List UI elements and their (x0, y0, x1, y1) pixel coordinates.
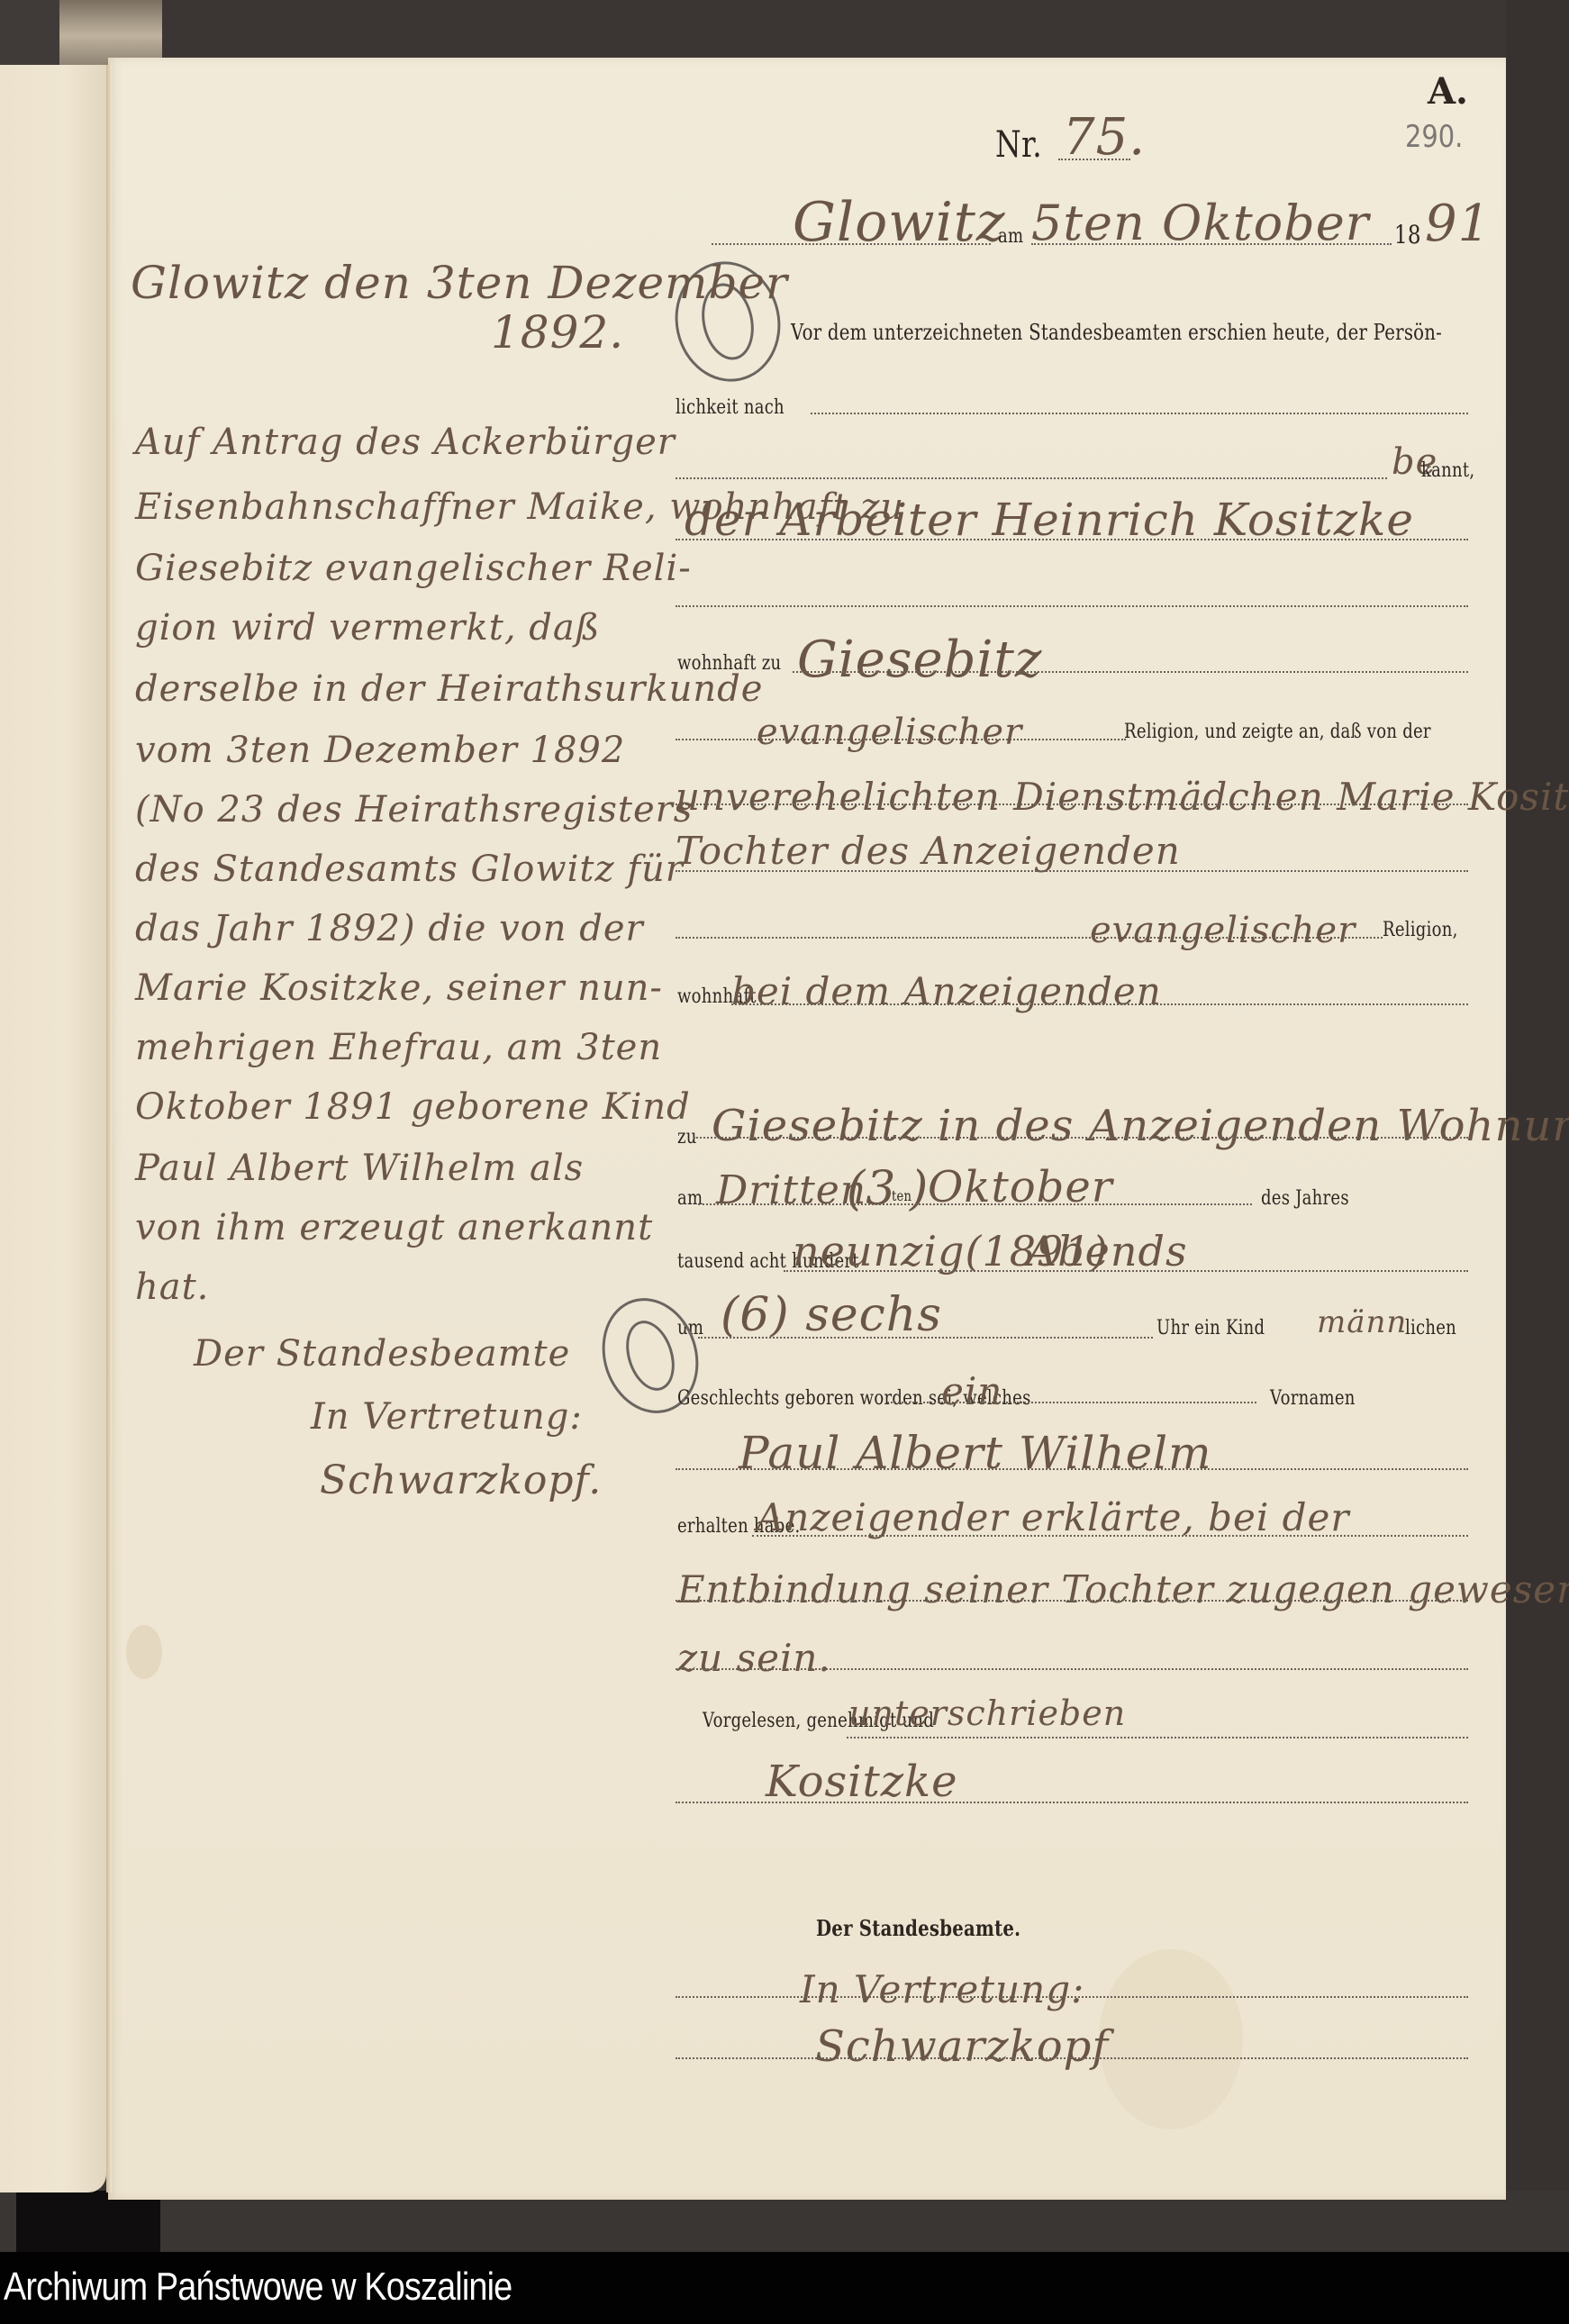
mother-religion: evangelischer (1090, 910, 1356, 951)
birth-time-of-day: Abends (1027, 1227, 1188, 1275)
birth-day-suffix: ten (892, 1187, 911, 1204)
margin-note-line: des Standesamts Glowitz für (135, 849, 684, 890)
approval-text: unterschrieben (848, 1693, 1126, 1733)
informant-signature: Kositzke (766, 1757, 958, 1807)
margin-note-line: Oktober 1891 geborene Kind (135, 1086, 691, 1128)
dotted-line (698, 1337, 1153, 1339)
given-names-pronoun: ein (941, 1369, 1002, 1413)
remark-line-3: zu sein. (677, 1636, 831, 1680)
birth-day-word: Dritten (716, 1167, 866, 1213)
birth-hour: (6) sechs (721, 1288, 942, 1342)
facing-page-edge (0, 65, 106, 2192)
dotted-line (731, 1003, 1468, 1005)
registrar-deputy: In Vertretung: (800, 1967, 1084, 2011)
margin-note-year: 1892. (491, 306, 624, 359)
margin-note-line: mehrigen Ehefrau, am 3ten (135, 1027, 662, 1068)
intro-text: Vor dem unterzeichneten Standesbeamten e… (791, 320, 1442, 345)
given-names-label: Vornamen (1270, 1387, 1356, 1410)
dotted-line (676, 605, 1468, 607)
identity-label: lichkeit nach (676, 396, 784, 419)
birth-place: Giesebitz in des Anzeigenden Wohnung (712, 1101, 1569, 1151)
child-given-names: Paul Albert Wilhelm (739, 1427, 1212, 1479)
dotted-line (676, 539, 1468, 540)
form-letter: A. (1428, 70, 1468, 113)
margin-note-line: von ihm erzeugt anerkannt (135, 1207, 653, 1248)
dotted-line (811, 413, 1468, 414)
date-label: am (677, 1187, 703, 1210)
record-number-label: Nr. (995, 124, 1042, 166)
remark-line-2: Entbindung seiner Tochter zugegen gewese… (677, 1567, 1569, 1611)
margin-note-line: gion wird vermerkt, daß (135, 607, 600, 649)
identity-end: kannt, (1421, 459, 1474, 482)
margin-signature-deputy: In Vertretung: (311, 1396, 583, 1438)
remark-line-1: Anzeigender erklärte, bei der (757, 1495, 1349, 1539)
birth-day-number: (3 (847, 1162, 896, 1216)
informant-residence: Giesebitz (797, 631, 1042, 689)
child-gender: männ (1317, 1304, 1407, 1340)
book-spine-binding (59, 0, 162, 65)
scan-background-top (0, 0, 1569, 65)
gender-suffix: lichen (1405, 1317, 1456, 1339)
birth-day-close: ) (910, 1162, 929, 1216)
dotted-line (676, 803, 1468, 805)
archive-name: Archiwum Państwowe w Koszalinie (4, 2265, 512, 2310)
scan-background-bottom-dark (16, 2191, 160, 2252)
dotted-line (676, 2057, 1468, 2059)
scan-background-bottom (0, 2191, 1569, 2252)
dotted-line (1058, 159, 1130, 160)
dotted-line (784, 1270, 1468, 1272)
margin-note-line: Paul Albert Wilhelm als (135, 1148, 584, 1189)
margin-note-line: (No 23 des Heirathsregisters (135, 789, 693, 831)
paper-stain (126, 1625, 162, 1679)
scan-background-corner (0, 0, 59, 65)
dotted-line (676, 1668, 1468, 1670)
archive-stamp-inner-ring (618, 1314, 683, 1397)
year-suffix: 91 (1425, 195, 1491, 253)
registrar-signature: Schwarzkopf (815, 2021, 1109, 2072)
dotted-line (698, 1203, 1252, 1205)
informant-religion: evangelischer (757, 712, 1022, 753)
margin-note-line: Eisenbahnschaffner Maike, wohnhaft zu (135, 486, 904, 528)
dotted-line (712, 243, 991, 245)
dotted-line (847, 1737, 1468, 1738)
dotted-line (793, 671, 1468, 673)
hour-label: Uhr ein Kind (1156, 1317, 1265, 1339)
page-gutter (106, 65, 112, 2192)
dotted-line (676, 477, 1387, 479)
dotted-line (694, 1137, 1468, 1139)
year-label: des Jahres (1261, 1187, 1349, 1210)
margin-note-line: Auf Antrag des Ackerbürger (135, 422, 676, 463)
margin-note-line: vom 3ten Dezember 1892 (135, 730, 625, 771)
margin-signature-title: Der Standesbeamte (194, 1333, 570, 1375)
scan-background-right (1506, 0, 1569, 2198)
margin-note-line: hat. (135, 1266, 209, 1308)
mother-relation: Tochter des Anzeigenden (676, 829, 1181, 873)
margin-note-line: Marie Kositzke, seiner nun- (135, 967, 663, 1009)
dotted-line (1031, 243, 1392, 245)
dotted-line (676, 1996, 1468, 1998)
page-number: 290. (1405, 119, 1463, 155)
religion-label: Religion, (1383, 919, 1458, 941)
dotted-line (676, 1468, 1468, 1470)
mother-name: unverehelichten Dienstmädchen Marie Kosi… (676, 775, 1569, 819)
registrar-title: Der Standesbeamte. (816, 1915, 1020, 1941)
dotted-line (676, 870, 1468, 872)
dotted-line (676, 1802, 1468, 1803)
dotted-line (676, 1600, 1468, 1602)
margin-signature-name: Schwarzkopf. (320, 1457, 602, 1503)
religion-text: Religion, und zeigte an, daß von der (1124, 721, 1431, 743)
mother-residence: bei dem Anzeigenden (731, 969, 1162, 1013)
date-prefix: am (998, 225, 1023, 248)
margin-note-line: Giesebitz evangelischer Reli- (135, 548, 692, 589)
paper-stain (1099, 1949, 1243, 2129)
margin-note-line: das Jahr 1892) die von der (135, 908, 644, 949)
dotted-line (752, 1535, 1468, 1537)
dotted-line (887, 1402, 1256, 1403)
year-prefix: 18 (1394, 220, 1421, 250)
margin-note-header: Glowitz den 3ten Dezember (131, 257, 788, 309)
margin-note-line: derselbe in der Heirathsurkunde (135, 668, 763, 710)
